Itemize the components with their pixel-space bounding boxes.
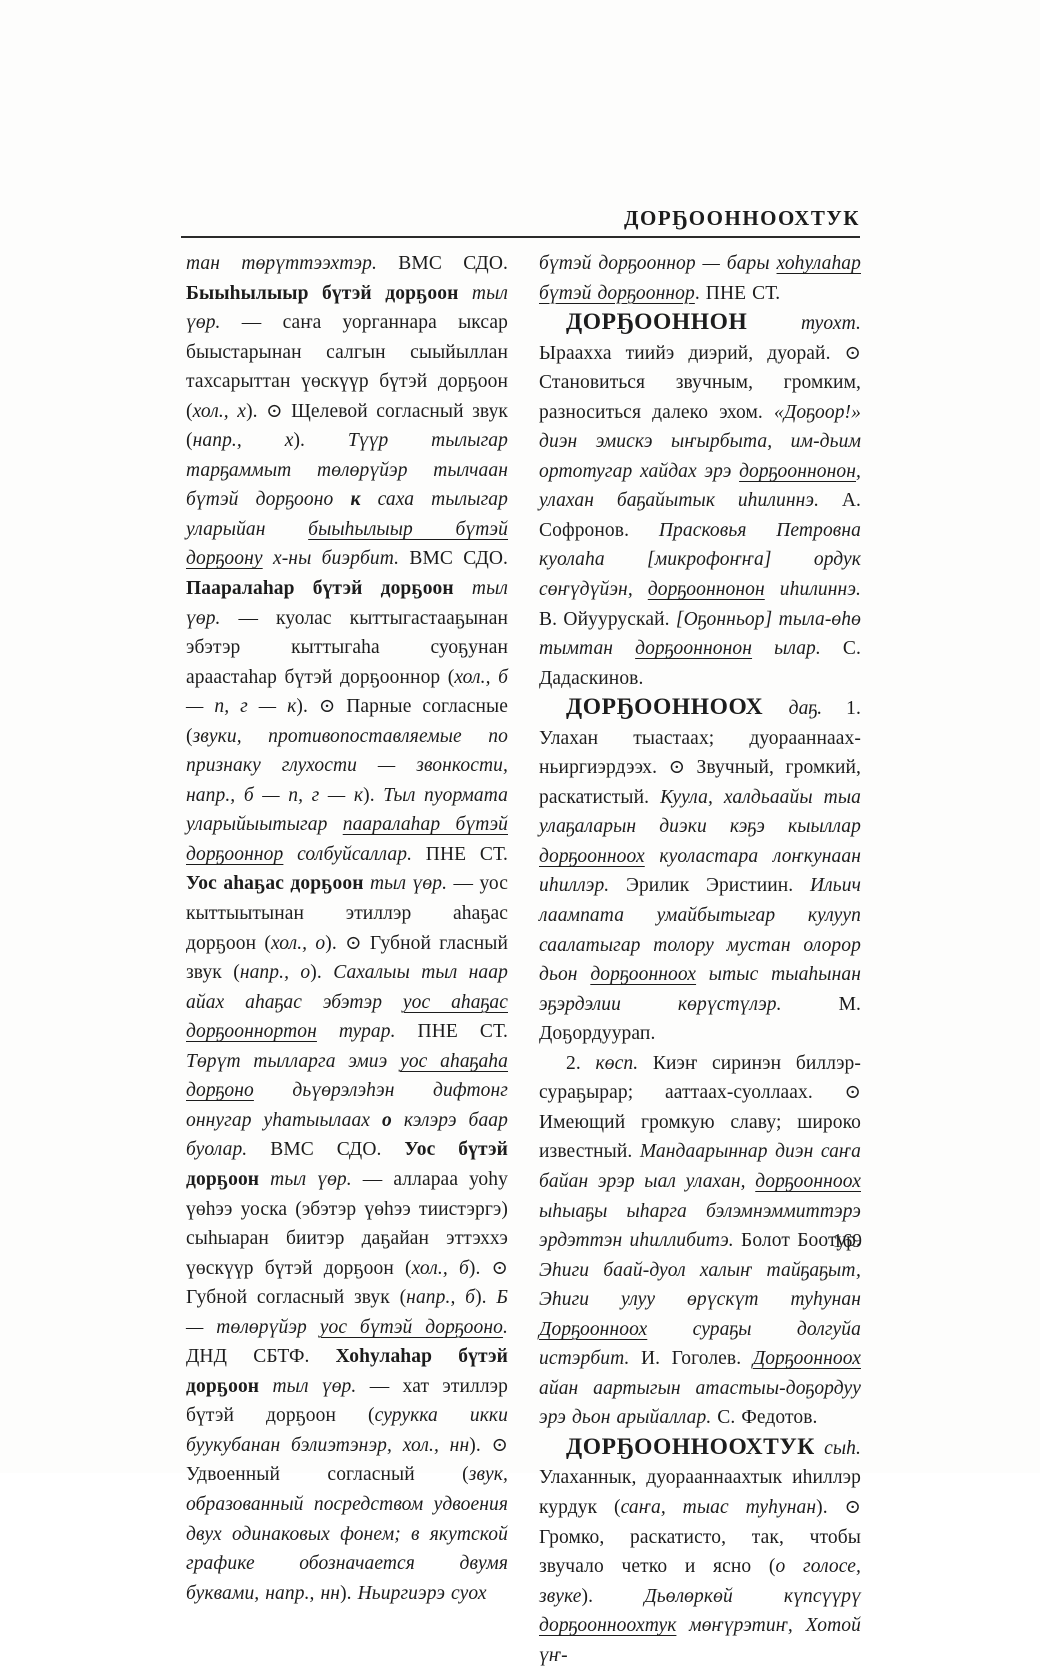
headword: ДОРҔООННООХТУК: [566, 1434, 824, 1460]
text-segment: хол., о: [271, 933, 325, 954]
text-segment: турар.: [317, 1021, 396, 1042]
text-segment: х-ны биэрбит.: [263, 548, 399, 569]
text-segment: Улаханнык, дуорааннаахтык иһиллэр курдук…: [539, 1467, 861, 1473]
dictionary-page: ДОРҔООННООХТУК тан төрүттээхтэр. ВМС СДО…: [0, 0, 1040, 1473]
running-head-guide-word: ДОРҔООННООХТУК: [183, 206, 860, 231]
dictionary-paragraph: ДОРҔООННООХ даҕ. 1. Улахан тыастаах; дуо…: [539, 693, 861, 1049]
text-segment: напр., о: [240, 962, 310, 983]
text-segment: тыл үөр.: [272, 1376, 356, 1397]
text-segment: ).: [293, 430, 347, 451]
text-segment: иһилиннэ.: [765, 579, 861, 600]
dictionary-paragraph: тан төрүттээхтэр. ВМС СДО. Быыһылыыр бүт…: [186, 249, 508, 1473]
text-segment: ).: [363, 785, 383, 806]
text-segment: хол., х: [193, 401, 246, 422]
text-segment: дорҕоонноох: [590, 964, 696, 985]
text-segment: .: [503, 1317, 508, 1338]
text-segment: напр., х: [193, 430, 294, 451]
text-segment: Төрүт тылларга эмиэ: [186, 1051, 400, 1072]
text-segment: о: [382, 1110, 392, 1131]
text-segment: ПНЕ СТ.: [396, 1021, 508, 1042]
text-segment: ВМС СДО.: [377, 253, 508, 274]
text-segment: ВМС СДО.: [399, 548, 508, 569]
dictionary-paragraph: ДОРҔООННОН туохт. Ыраахха тиийэ диэрий, …: [539, 308, 861, 693]
text-segment: хол., б: [412, 1258, 469, 1279]
text-segment: Быыһылыыр бүтэй дорҕоон: [186, 283, 472, 304]
text-segment: туохт.: [801, 313, 861, 334]
text-segment: бүтэй дорҕооннор — бары: [539, 253, 777, 274]
headword: ДОРҔООННООХ: [566, 694, 789, 720]
text-segment: Эрилик Эристиин.: [609, 875, 810, 896]
text-segment: напр., б: [406, 1287, 475, 1308]
text-segment: дорҕоонноох: [755, 1171, 861, 1192]
dictionary-paragraph: ДОРҔООННООХТУК сыһ. Улаханнык, дуораанна…: [539, 1433, 861, 1473]
text-segment: ПНЕ СТ.: [412, 844, 508, 865]
text-segment: В. Ойуурускай.: [539, 609, 676, 630]
text-segment: тыл үөр.: [270, 1169, 352, 1190]
text-segment: дорҕооннонон: [635, 638, 752, 659]
text-segment: сыһ.: [824, 1438, 861, 1459]
text-segment: солбуйсаллар.: [283, 844, 412, 865]
text-columns: тан төрүттээхтэр. ВМС СДО. Быыһылыыр бүт…: [186, 249, 862, 1473]
text-segment: көсп.: [596, 1053, 639, 1074]
text-segment: дорҕоонноох: [539, 846, 645, 867]
text-segment: к: [351, 489, 361, 510]
text-segment: даҕ.: [789, 698, 823, 719]
text-segment: С. Федотов.: [711, 1407, 817, 1428]
text-segment: ).: [475, 1287, 496, 1308]
text-segment: Дорҕоонноох: [753, 1348, 861, 1369]
text-segment: 2.: [566, 1053, 596, 1074]
text-segment: ылар.: [752, 638, 821, 659]
header-rule: [181, 236, 860, 238]
text-segment: Пааралаһар бүтэй дорҕоон: [186, 578, 472, 599]
text-segment: дорҕооннонон: [739, 461, 856, 482]
left-column: тан төрүттээхтэр. ВМС СДО. Быыһылыыр бүт…: [186, 249, 508, 1473]
text-segment: дорҕооннонон: [648, 579, 765, 600]
text-segment: . ПНЕ СТ.: [695, 283, 780, 304]
text-segment: Дорҕоонноох: [539, 1319, 647, 1340]
right-column: бүтэй дорҕооннор — бары хоһулаһар бүтэй …: [539, 249, 861, 1473]
text-segment: тан төрүттээхтэр.: [186, 253, 377, 274]
text-segment: И. Гоголев.: [630, 1348, 753, 1369]
dictionary-paragraph: бүтэй дорҕооннор — бары хоһулаһар бүтэй …: [539, 249, 861, 308]
text-segment: Эһиги баай-дуол халыҥ тайҕаҕыт, Эһиги ул…: [539, 1260, 861, 1311]
headword: ДОРҔООННОН: [566, 309, 801, 335]
text-segment: Уос аһаҕас дорҕоон: [186, 873, 370, 894]
text-segment: тыл үөр.: [370, 873, 447, 894]
text-segment: уос бүтэй дорҕооно: [320, 1317, 503, 1338]
text-segment: ВМС СДО.: [247, 1139, 404, 1160]
text-segment: ДНД СБТФ.: [186, 1346, 336, 1367]
text-segment: ).: [310, 962, 333, 983]
page-number: 169: [186, 1231, 862, 1253]
